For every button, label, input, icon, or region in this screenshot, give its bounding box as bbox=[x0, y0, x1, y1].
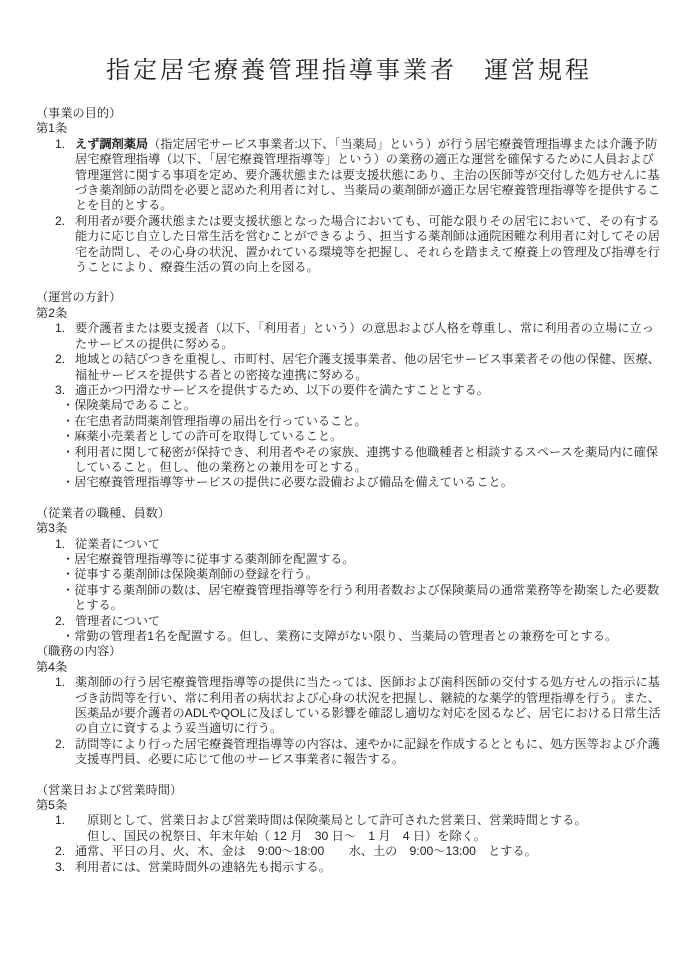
clause-item: 2. 訪問等により行った居宅療養管理指導等の内容は、速やかに記録を作成するととも… bbox=[55, 737, 662, 768]
clause-item: 1. えず調剤薬局（指定居宅サービス事業者:以下、「当薬局」という）が行う居宅療… bbox=[55, 137, 662, 214]
document-page: 指定居宅療養管理指導事業者 運営規程 （事業の目的） 第1条 1. えず調剤薬局… bbox=[0, 0, 692, 980]
bullet-marker: ・ bbox=[62, 398, 74, 413]
item-marker: 2. bbox=[55, 214, 75, 276]
section-duties: （職務の内容） 第4条 1. 薬剤師の行う居宅療養管理指導等の提供に当たっては、… bbox=[36, 644, 662, 767]
clause-item: 2. 利用者が要介護状態または要支援状態となった場合においても、可能な限りその居… bbox=[55, 214, 662, 276]
requirement-item: ・ 居宅療養管理指導等に従事する薬剤師を配置する。 bbox=[62, 552, 662, 567]
clause-item: 1. 原則として、営業日および営業時間は保険薬局として許可された営業日、営業時間… bbox=[55, 813, 662, 844]
item-text: 管理者について bbox=[75, 614, 662, 629]
bullet-marker: ・ bbox=[62, 414, 74, 429]
item-text: 適正かつ円滑なサービスを提供するため、以下の要件を満たすこととする。 bbox=[75, 383, 662, 398]
bullet-marker: ・ bbox=[62, 429, 74, 444]
item-text: 要介護者または要支援者（以下、「利用者」という）の意思および人格を尊重し、常に利… bbox=[75, 321, 662, 352]
item-marker: 1. bbox=[55, 321, 75, 352]
clause-item: 1. 従業者について bbox=[55, 537, 662, 552]
bullet-marker: ・ bbox=[62, 445, 74, 476]
requirement-item: ・ 従事する薬剤師の数は、居宅療養管理指導等を行う利用者数および保険薬局の通常業… bbox=[62, 583, 662, 614]
item-text: 原則として、営業日および営業時間は保険薬局として許可された営業日、営業時間とする… bbox=[75, 813, 662, 844]
section-heading: （運営の方針） bbox=[36, 290, 662, 305]
requirement-item: ・ 居宅療養管理指導等サービスの提供に必要な設備および備品を備えていること。 bbox=[62, 475, 662, 490]
bullet-marker: ・ bbox=[62, 475, 74, 490]
item-marker: 2. bbox=[55, 614, 75, 629]
item-text: 常勤の管理者1名を配置する。但し、業務に支障がない限り、当薬局の管理者との兼務を… bbox=[74, 629, 662, 644]
item-text: 通常、平日の月、火、木、金は 9:00～18:00 水、土の 9:00～13:0… bbox=[75, 844, 662, 859]
item-marker: 3. bbox=[55, 860, 75, 875]
bullet-marker: ・ bbox=[62, 567, 74, 582]
article-number: 第4条 bbox=[36, 660, 662, 675]
clause-item: 2. 地域との結びつきを重視し、市町村、居宅介護支援事業者、他の居宅サービス事業… bbox=[55, 352, 662, 383]
item-text: 従事する薬剤師の数は、居宅療養管理指導等を行う利用者数および保険薬局の通常業務等… bbox=[74, 583, 662, 614]
item-text: 利用者が要介護状態または要支援状態となった場合においても、可能な限りその居宅にお… bbox=[75, 214, 662, 276]
item-text: 従事する薬剤師は保険薬剤師の登録を行う。 bbox=[74, 567, 662, 582]
item-marker: 1. bbox=[55, 675, 75, 737]
section-operating-policy: （運営の方針） 第2条 1. 要介護者または要支援者（以下、「利用者」という）の… bbox=[36, 290, 662, 490]
pharmacy-name: えず調剤薬局 bbox=[75, 137, 148, 151]
item-text: 地域との結びつきを重視し、市町村、居宅介護支援事業者、他の居宅サービス事業者その… bbox=[75, 352, 662, 383]
item-text: 居宅療養管理指導等サービスの提供に必要な設備および備品を備えていること。 bbox=[74, 475, 662, 490]
section-business-hours: （営業日および営業時間） 第5条 1. 原則として、営業日および営業時間は保険薬… bbox=[36, 783, 662, 875]
clause-item: 2. 管理者について bbox=[55, 614, 662, 629]
article-number: 第5条 bbox=[36, 798, 662, 813]
item-text-line: 原則として、営業日および営業時間は保険薬局として許可された営業日、営業時間とする… bbox=[75, 813, 662, 828]
requirement-item: ・ 保険薬局であること。 bbox=[62, 398, 662, 413]
article-number: 第2条 bbox=[36, 306, 662, 321]
section-heading: （事業の目的） bbox=[36, 106, 662, 121]
item-marker: 3. bbox=[55, 383, 75, 398]
item-text: 利用者に関して秘密が保持でき、利用者やその家族、連携する他職種者と相談するスペー… bbox=[74, 445, 662, 476]
clause-item: 3. 利用者には、営業時間外の連絡先も掲示する。 bbox=[55, 860, 662, 875]
item-text: 利用者には、営業時間外の連絡先も掲示する。 bbox=[75, 860, 662, 875]
bullet-marker: ・ bbox=[62, 552, 74, 567]
item-text: 保険薬局であること。 bbox=[74, 398, 662, 413]
article-number: 第3条 bbox=[36, 521, 662, 536]
clause-item: 3. 適正かつ円滑なサービスを提供するため、以下の要件を満たすこととする。 bbox=[55, 383, 662, 398]
item-text: 居宅療養管理指導等に従事する薬剤師を配置する。 bbox=[74, 552, 662, 567]
bullet-marker: ・ bbox=[62, 629, 74, 644]
item-marker: 1. bbox=[55, 537, 75, 552]
section-heading: （従業者の職種、員数） bbox=[36, 506, 662, 521]
item-text: 麻薬小売業者としての許可を取得していること。 bbox=[74, 429, 662, 444]
clause-item: 2. 通常、平日の月、火、木、金は 9:00～18:00 水、土の 9:00～1… bbox=[55, 844, 662, 859]
clause-item: 1. 要介護者または要支援者（以下、「利用者」という）の意思および人格を尊重し、… bbox=[55, 321, 662, 352]
item-text: 従業者について bbox=[75, 537, 662, 552]
item-text: 薬剤師の行う居宅療養管理指導等の提供に当たっては、医師および歯科医師の交付する処… bbox=[75, 675, 662, 737]
section-staff: （従業者の職種、員数） 第3条 1. 従業者について ・ 居宅療養管理指導等に従… bbox=[36, 506, 662, 645]
item-text-rest: （指定居宅サービス事業者:以下、「当薬局」という）が行う居宅療養管理指導または介… bbox=[75, 137, 660, 213]
section-business-purpose: （事業の目的） 第1条 1. えず調剤薬局（指定居宅サービス事業者:以下、「当薬… bbox=[36, 106, 662, 275]
page-title: 指定居宅療養管理指導事業者 運営規程 bbox=[36, 56, 662, 86]
item-text-continuation: 但し、国民の祝祭日、年末年始（ 12 月 30 日～ 1 月 4 日）を除く。 bbox=[75, 829, 662, 844]
item-text: 訪問等により行った居宅療養管理指導等の内容は、速やかに記録を作成するとともに、処… bbox=[75, 737, 662, 768]
section-heading: （営業日および営業時間） bbox=[36, 783, 662, 798]
requirement-item: ・ 常勤の管理者1名を配置する。但し、業務に支障がない限り、当薬局の管理者との兼… bbox=[62, 629, 662, 644]
item-marker: 1. bbox=[55, 137, 75, 214]
requirement-item: ・ 利用者に関して秘密が保持でき、利用者やその家族、連携する他職種者と相談するス… bbox=[62, 445, 662, 476]
bullet-marker: ・ bbox=[62, 583, 74, 614]
article-number: 第1条 bbox=[36, 121, 662, 136]
item-text: えず調剤薬局（指定居宅サービス事業者:以下、「当薬局」という）が行う居宅療養管理… bbox=[75, 137, 662, 214]
requirement-item: ・ 従事する薬剤師は保険薬剤師の登録を行う。 bbox=[62, 567, 662, 582]
section-heading: （職務の内容） bbox=[36, 644, 662, 659]
item-marker: 2. bbox=[55, 352, 75, 383]
item-text: 在宅患者訪問薬剤管理指導の届出を行っていること。 bbox=[74, 414, 662, 429]
item-marker: 2. bbox=[55, 737, 75, 768]
requirement-item: ・ 在宅患者訪問薬剤管理指導の届出を行っていること。 bbox=[62, 414, 662, 429]
requirement-item: ・ 麻薬小売業者としての許可を取得していること。 bbox=[62, 429, 662, 444]
item-marker: 2. bbox=[55, 844, 75, 859]
item-marker: 1. bbox=[55, 813, 75, 844]
clause-item: 1. 薬剤師の行う居宅療養管理指導等の提供に当たっては、医師および歯科医師の交付… bbox=[55, 675, 662, 737]
